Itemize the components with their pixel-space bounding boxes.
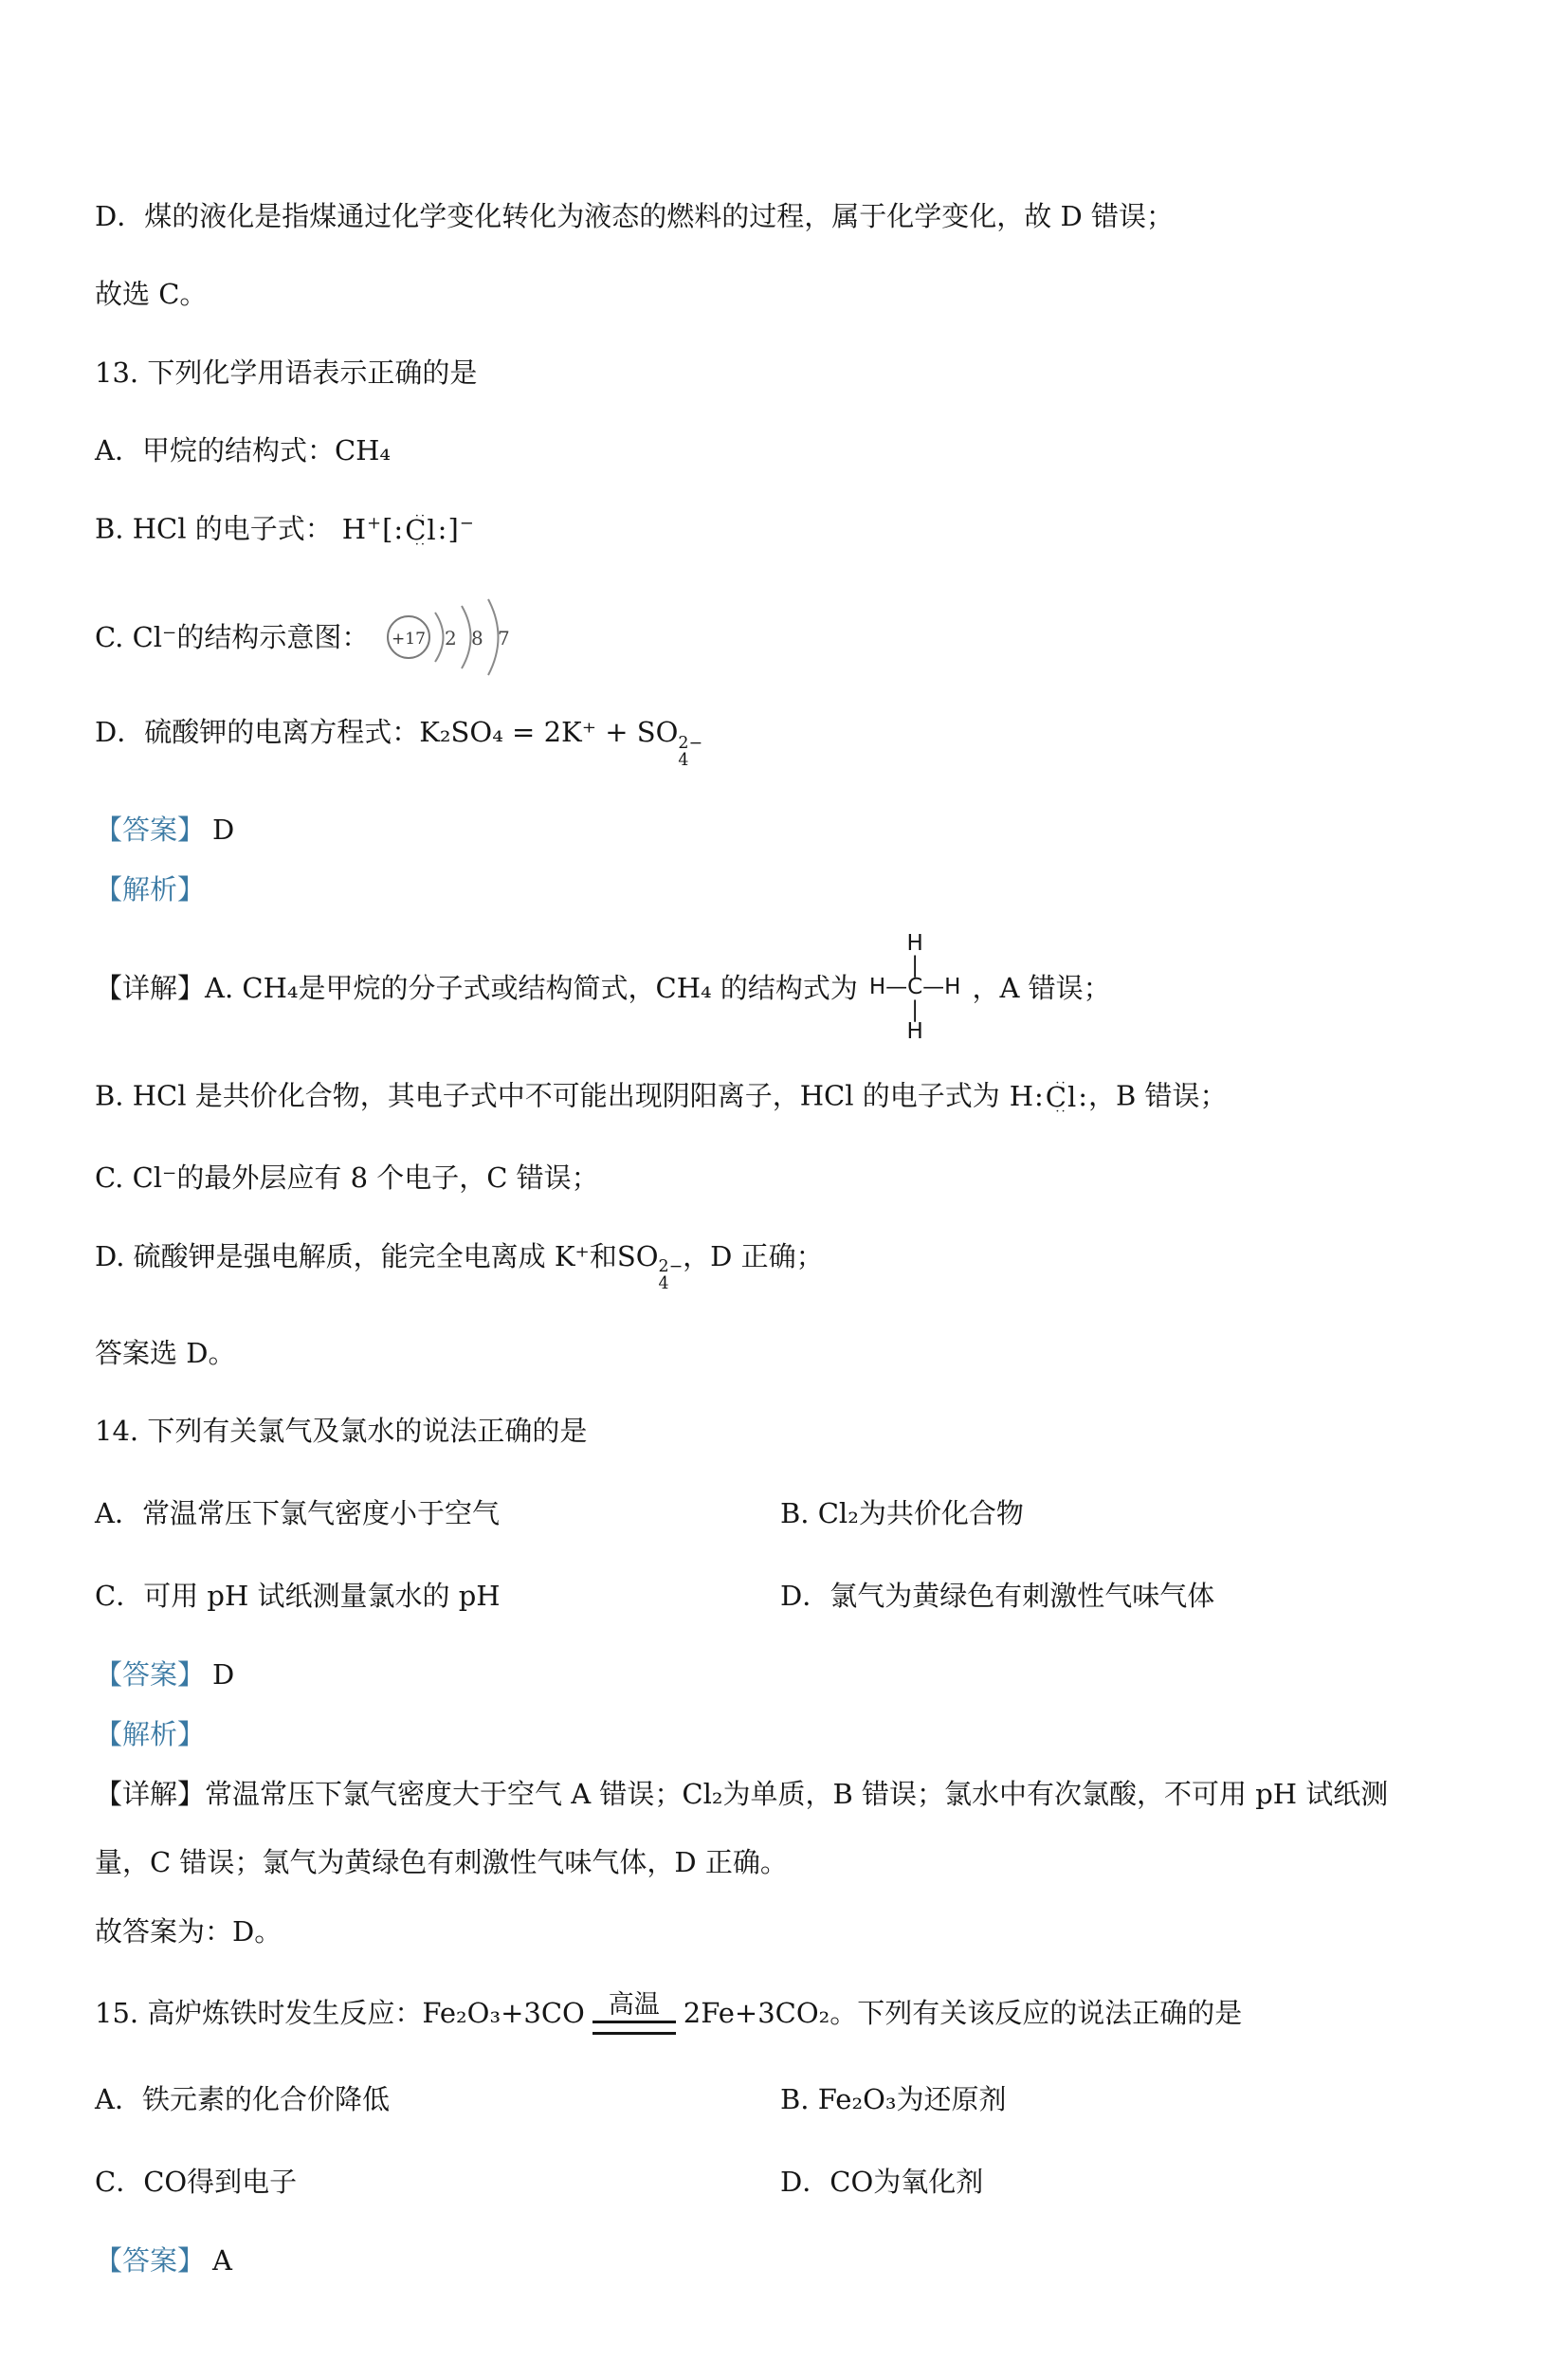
dotted-cl: ··Cl·· (405, 511, 436, 550)
q14-title: 14. 下列有关氯气及氯水的说法正确的是 (95, 1414, 1473, 1448)
q15-title: 15. 高炉炼铁时发生反应：Fe₂O₃+3CO高温2Fe+3CO₂。下列有关该反… (95, 1992, 1473, 2035)
q14-conclusion: 故答案为：D。 (95, 1914, 1473, 1948)
q15-title-post: 。下列有关该反应的说法正确的是 (830, 1996, 1242, 2030)
eform2-colon-right: : (1078, 1080, 1088, 1112)
sulfate2-sub: 4 (659, 1275, 669, 1292)
cl-dots-bottom: ·· (415, 540, 427, 551)
shell-count-1: 2 (445, 627, 457, 649)
shell-arc-1 (435, 613, 444, 662)
q14-option-c: C．可用 pH 试纸测量氯水的 pH (95, 1575, 780, 1614)
question-14-block: 14. 下列有关氯气及氯水的说法正确的是 A．常温常压下氯气密度小于空气 B. … (95, 1414, 1473, 1948)
methane-row-3: H—C—H (869, 977, 961, 998)
q15-answer: A (212, 2244, 232, 2277)
cl-symbol: Cl (405, 522, 436, 540)
q14-detail-line-2: 量，C 错误；氯气为黄绿色有刺激性气味气体，D 正确。 (95, 1845, 1473, 1879)
q13-option-b: B. HCl 的电子式：H+[:··Cl··:]− (95, 511, 1473, 550)
answer-tag-14: 【答案】 (95, 1658, 205, 1691)
prev-conclusion: 故选 C。 (95, 277, 1473, 311)
q13-option-b-label: B. HCl 的电子式： (95, 513, 333, 545)
eform-colon-right: : (438, 513, 448, 545)
ionization-left: K₂SO₄ (419, 716, 503, 748)
prev-detail-d: D．煤的液化是指煤通过化学变化转化为液态的燃料的过程，属于化学变化，故 D 错误… (95, 199, 1473, 233)
q14-analysis-line: 【解析】 (95, 1717, 1473, 1751)
q13-detail-b-pre: B. HCl 是共价化合物，其电子式中不可能出现阴阳离子，HCl 的电子式为 (95, 1080, 1000, 1112)
condition-equals: 高温 (593, 1992, 676, 2035)
q13-detail-c: C. Cl⁻的最外层应有 8 个电子，C 错误； (95, 1161, 1473, 1195)
answer-tag: 【答案】 (95, 814, 205, 846)
q13-option-c: C. Cl⁻的结构示意图：+17287 (95, 594, 1473, 681)
methane-structural-formula: H|H—C—H|H (869, 933, 961, 1044)
q15-option-a: A．铁元素的化合价降低 (95, 2078, 780, 2117)
hcl-electron-formula-correct: H:··Cl··: (1010, 1080, 1088, 1112)
question-13-block: 13. 下列化学用语表示正确的是 A．甲烷的结构式：CH₄ B. HCl 的电子… (95, 356, 1473, 1371)
q13-detail-a-post: ，A 错误； (972, 971, 1110, 1005)
methane-row-5: H (907, 1021, 923, 1043)
q13-detail-a-pre: A. CH₄是甲烷的分子式或结构简式，CH₄ 的结构式为 (205, 971, 858, 1005)
q13-detail-d-post: ，D 正确； (683, 1240, 823, 1272)
sulfate2-charge-stack: 2−4 (659, 1258, 684, 1293)
q15-equation-left: Fe₂O₃+3CO (422, 1996, 584, 2030)
q15-option-d: D．CO为氧化剂 (780, 2161, 1473, 2200)
sulfate2-sup: 2− (659, 1258, 684, 1275)
analysis-tag: 【解析】 (95, 873, 205, 905)
eform-colon-left: : (393, 513, 404, 545)
q15-answer-line: 【答案】A (95, 2243, 1473, 2277)
sulfate-ion-2: SO2−4 (617, 1240, 683, 1272)
q13-detail-b-post: ，B 错误； (1088, 1080, 1228, 1112)
q13-detail-b: B. HCl 是共价化合物，其电子式中不可能出现阴阳离子，HCl 的电子式为H:… (95, 1078, 1473, 1117)
sulfate-charge-stack: 2−4 (678, 735, 702, 770)
detail-tag-14: 【详解】 (95, 1778, 205, 1810)
ionization-equals: = (503, 716, 544, 748)
exam-answer-page: D．煤的液化是指煤通过化学变化转化为液态的燃料的过程，属于化学变化，故 D 错误… (0, 0, 1568, 2378)
q14-option-b: B. Cl₂为共价化合物 (780, 1492, 1473, 1531)
methane-row-1: H (907, 933, 923, 955)
q14-options-row-2: C．可用 pH 试纸测量氯水的 pH D．氯气为黄绿色有刺激性气味气体 (95, 1575, 1473, 1614)
dotted-cl-2: ··Cl·· (1046, 1078, 1077, 1117)
q13-detail-a: 【详解】A. CH₄是甲烷的分子式或结构简式，CH₄ 的结构式为H|H—C—H|… (95, 933, 1473, 1044)
shell-count-3: 7 (498, 627, 510, 649)
q13-option-c-label: C. Cl⁻的结构示意图： (95, 620, 369, 654)
previous-question-block: D．煤的液化是指煤通过化学变化转化为液态的燃料的过程，属于化学变化，故 D 错误… (95, 199, 1473, 312)
hcl-electron-formula-wrong: H+[:··Cl··:]− (342, 513, 475, 545)
detail-tag: 【详解】 (95, 971, 205, 1005)
analysis-tag-14: 【解析】 (95, 1718, 205, 1750)
eform2-h: H (1010, 1080, 1034, 1112)
q14-options-row-1: A．常温常压下氯气密度小于空气 B. Cl₂为共价化合物 (95, 1492, 1473, 1531)
q13-detail-d-pre: D. 硫酸钾是强电解质，能完全电离成 K⁺和 (95, 1240, 617, 1272)
q14-detail-text-1: 常温常压下氯气密度大于空气 A 错误；Cl₂为单质，B 错误；氯水中有次氯酸，不… (205, 1778, 1388, 1810)
q13-answer-line: 【答案】D (95, 813, 1473, 847)
sulfate-ion: SO2−4 (637, 716, 702, 748)
eform-h: H (342, 513, 367, 545)
sulfate-sub: 4 (678, 752, 688, 769)
double-line-equals (593, 2021, 676, 2035)
eform-rbracket: ] (447, 513, 459, 545)
cl-ion-structure-diagram: +17287 (380, 594, 543, 681)
shell-arc-3 (488, 599, 499, 675)
q13-conclusion: 答案选 D。 (95, 1336, 1473, 1370)
q15-options-row-1: A．铁元素的化合价降低 B. Fe₂O₃为还原剂 (95, 2078, 1473, 2117)
answer-tag-15: 【答案】 (95, 2244, 205, 2277)
q13-detail-d: D. 硫酸钾是强电解质，能完全电离成 K⁺和SO2−4，D 正确； (95, 1239, 1473, 1293)
q15-title-pre: 15. 高炉炼铁时发生反应： (95, 1996, 422, 2030)
methane-row-2: | (911, 955, 919, 977)
ionization-mid: 2K⁺ + (544, 716, 637, 748)
eform-lbracket: [ (382, 513, 393, 545)
eform-plus: + (367, 513, 382, 533)
q15-options-row-2: C．CO得到电子 D．CO为氧化剂 (95, 2161, 1473, 2200)
q13-analysis-line: 【解析】 (95, 872, 1473, 906)
methane-row-4: | (911, 999, 919, 1021)
q14-detail-line-1: 【详解】常温常压下氯气密度大于空气 A 错误；Cl₂为单质，B 错误；氯水中有次… (95, 1777, 1473, 1811)
nucleus-charge: +17 (392, 630, 426, 649)
eform-minus: − (460, 513, 475, 533)
question-15-block: 15. 高炉炼铁时发生反应：Fe₂O₃+3CO高温2Fe+3CO₂。下列有关该反… (95, 1992, 1473, 2278)
q14-option-d: D．氯气为黄绿色有刺激性气味气体 (780, 1575, 1473, 1614)
cl2-dots-bottom: ·· (1055, 1107, 1067, 1118)
q15-option-b: B. Fe₂O₃为还原剂 (780, 2078, 1473, 2117)
q13-option-d-label: D．硫酸钾的电离方程式： (95, 716, 419, 748)
q15-option-c: C．CO得到电子 (95, 2161, 780, 2200)
sulfate-base: SO (637, 716, 679, 748)
q14-option-a: A．常温常压下氯气密度小于空气 (95, 1492, 780, 1531)
q14-answer: D (212, 1658, 234, 1691)
q14-answer-line: 【答案】D (95, 1657, 1473, 1692)
sulfate2-base: SO (617, 1240, 659, 1272)
shell-arc-2 (462, 606, 471, 668)
q13-option-d: D．硫酸钾的电离方程式：K₂SO₄ = 2K⁺ + SO2−4 (95, 715, 1473, 769)
sulfate-sup: 2− (678, 735, 702, 752)
q13-answer: D (212, 814, 234, 846)
q13-title: 13. 下列化学用语表示正确的是 (95, 356, 1473, 390)
eform2-colon-left: : (1034, 1080, 1045, 1112)
cl2-symbol: Cl (1046, 1089, 1077, 1107)
condition-label: 高温 (609, 1992, 660, 2019)
q13-option-a: A．甲烷的结构式：CH₄ (95, 433, 1473, 467)
shell-count-2: 8 (471, 627, 483, 649)
q15-equation-right: 2Fe+3CO₂ (684, 1996, 830, 2030)
